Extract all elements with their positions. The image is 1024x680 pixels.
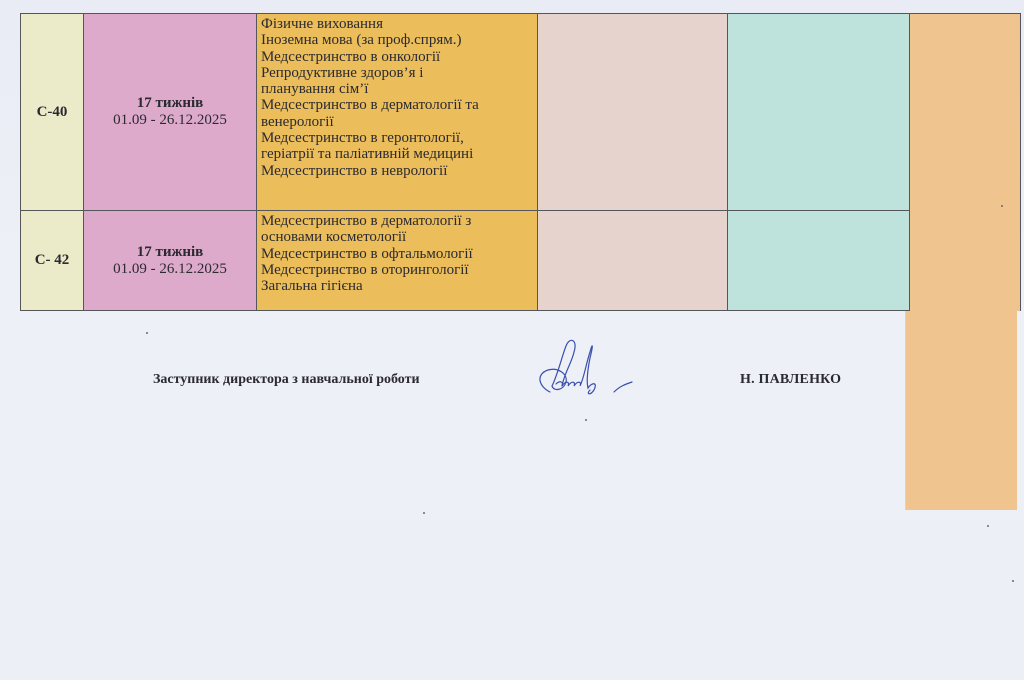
empty-cell-pink xyxy=(538,14,728,211)
subject-line: Медсестринство в дерматології та xyxy=(261,97,537,113)
subjects-list: Медсестринство в дерматології зосновами … xyxy=(261,211,537,294)
peach-column-extension xyxy=(905,310,1017,510)
empty-cell-mint xyxy=(728,14,910,211)
term-dates: 01.09 - 26.12.2025 xyxy=(84,112,256,129)
table-row: С-40 17 тижнів 01.09 - 26.12.2025 Фізичн… xyxy=(21,14,1021,211)
scan-speck xyxy=(423,512,425,514)
subjects-cell: Медсестринство в дерматології зосновами … xyxy=(257,211,538,311)
subject-line: Медсестринство в оторингології xyxy=(261,262,537,278)
scan-speck xyxy=(585,419,587,421)
empty-cell-pink xyxy=(538,211,728,311)
table-row: С- 42 17 тижнів 01.09 - 26.12.2025 Медсе… xyxy=(21,211,1021,311)
empty-cell-mint xyxy=(728,211,910,311)
subject-line: венерології xyxy=(261,114,537,130)
term-cell: 17 тижнів 01.09 - 26.12.2025 xyxy=(84,14,257,211)
subject-line: Медсестринство в геронтології, xyxy=(261,130,537,146)
term-cell: 17 тижнів 01.09 - 26.12.2025 xyxy=(84,211,257,311)
group-cell: С- 42 xyxy=(21,211,84,311)
subject-line: Медсестринство в неврології xyxy=(261,163,537,179)
subjects-cell: Фізичне вихованняІноземна мова (за проф.… xyxy=(257,14,538,211)
scan-speck xyxy=(987,525,989,527)
group-cell: С-40 xyxy=(21,14,84,211)
subject-line: основами косметології xyxy=(261,229,537,245)
subject-line: Репродуктивне здоров’я і xyxy=(261,65,537,81)
scan-speck xyxy=(1012,580,1014,582)
group-label: С- 42 xyxy=(35,252,70,268)
signatory-title: Заступник директора з навчальної роботи xyxy=(153,372,420,388)
signature-block: Заступник директора з навчальної роботи … xyxy=(0,370,1024,400)
term-weeks: 17 тижнів xyxy=(84,244,256,261)
empty-cell-peach xyxy=(910,14,1021,311)
subject-line: Іноземна мова (за проф.спрям.) xyxy=(261,32,537,48)
subject-line: Медсестринство в онкології xyxy=(261,49,537,65)
signature-icon xyxy=(528,334,648,414)
scanned-page: С-40 17 тижнів 01.09 - 26.12.2025 Фізичн… xyxy=(0,0,1024,680)
subject-line: Загальна гігієна xyxy=(261,278,537,294)
signatory-name: Н. ПАВЛЕНКО xyxy=(740,372,841,388)
schedule-table: С-40 17 тижнів 01.09 - 26.12.2025 Фізичн… xyxy=(20,13,1021,311)
scan-speck xyxy=(146,332,148,334)
term-dates: 01.09 - 26.12.2025 xyxy=(84,261,256,278)
subject-line: Медсестринство в офтальмології xyxy=(261,246,537,262)
subject-line: планування сім’ї xyxy=(261,81,537,97)
group-label: С-40 xyxy=(37,104,68,120)
subject-line: геріатрії та паліативній медицині xyxy=(261,146,537,162)
term-weeks: 17 тижнів xyxy=(84,95,256,112)
subject-line: Медсестринство в дерматології з xyxy=(261,213,537,229)
subjects-list: Фізичне вихованняІноземна мова (за проф.… xyxy=(261,14,537,179)
scan-speck xyxy=(1001,205,1003,207)
subject-line: Фізичне виховання xyxy=(261,16,537,32)
